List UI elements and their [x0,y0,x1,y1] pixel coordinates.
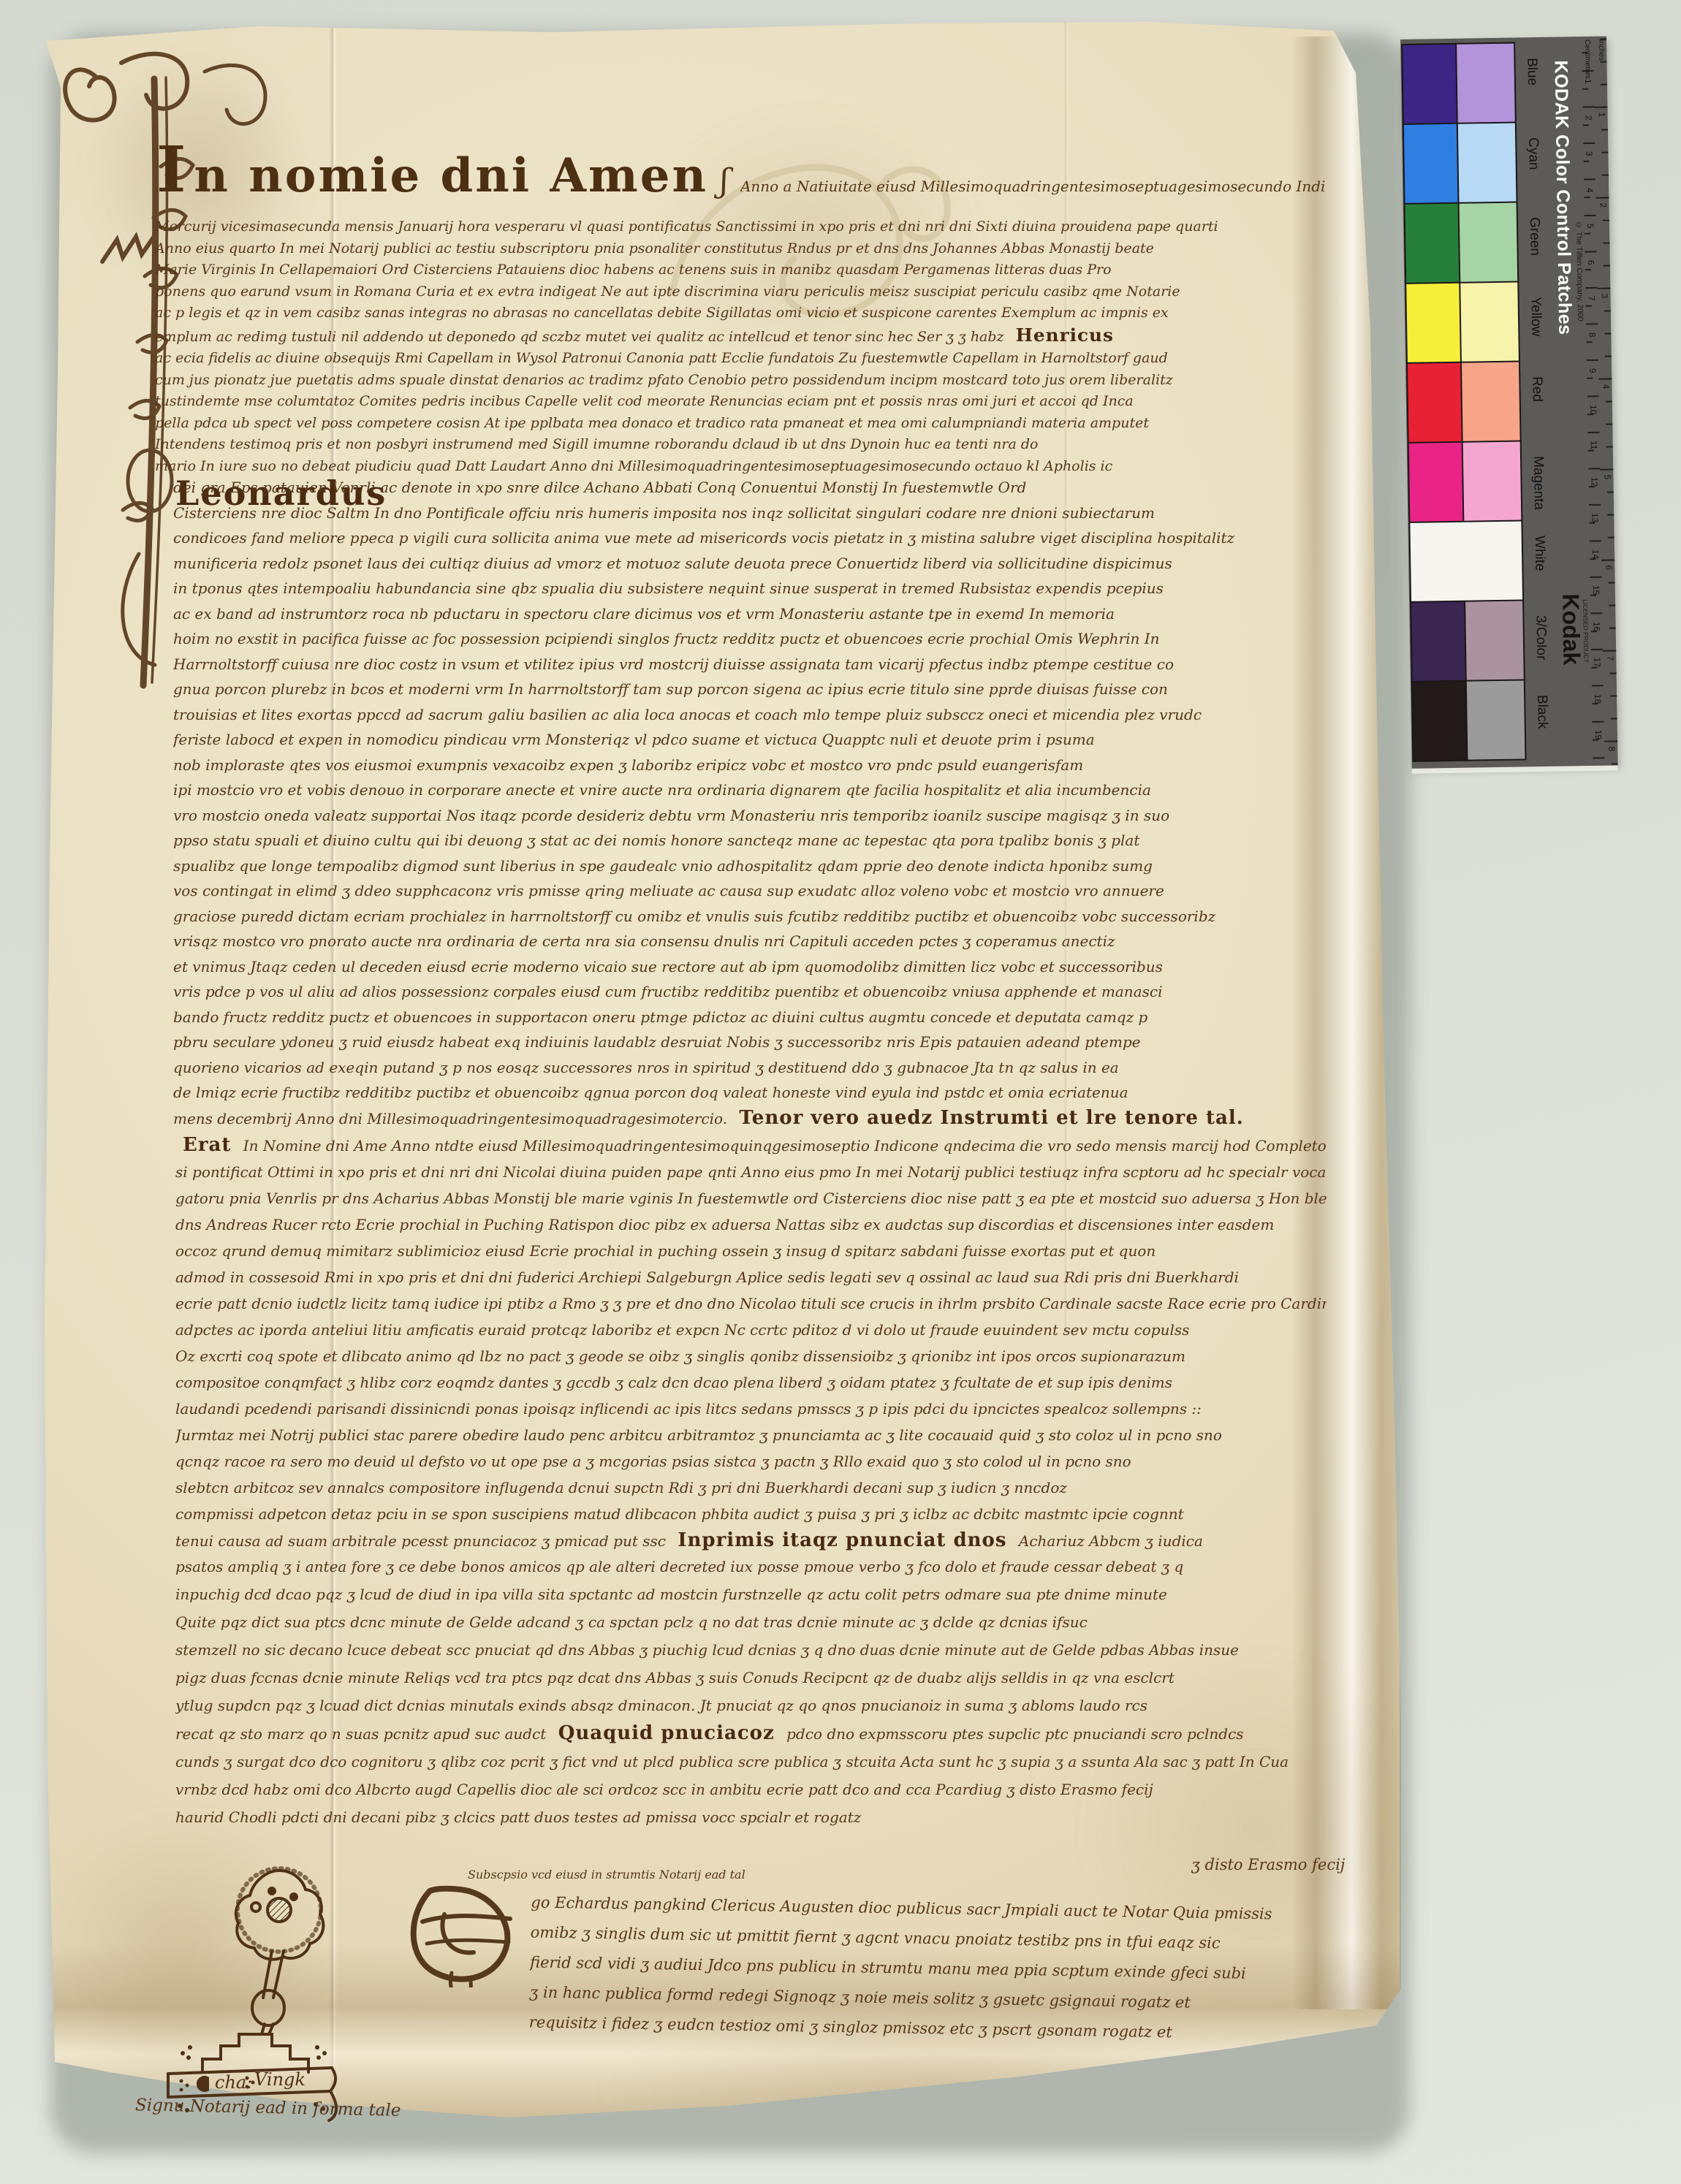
patch-label: Yellow [1528,297,1544,337]
color-patch [1458,123,1517,202]
inch-tick-number: 2 [1598,203,1609,208]
text-line: dns Andreas Rucer rcto Ecrie prochial in… [175,1211,1327,1238]
text-line: nob imploraste qtes vos eiusmoi exumpnis… [173,753,1327,778]
text-line: si pontificat Ottimi in xpo pris et dni … [175,1159,1327,1185]
text-line: pella pdca ub spect vel poss competere c… [155,413,1327,435]
patch-label: Green [1526,217,1543,256]
text-line: in tponus qtes intempoaliu habundancia s… [173,576,1327,601]
color-patch [1460,203,1518,282]
text-line: slebtcn arbitcoz sev annalcs compositore… [175,1475,1327,1501]
text-line: compositoe conqmfact ʒ hlibz corz eoqmdz… [175,1369,1327,1396]
text-line: spualibz que longe tempoalibz digmod sun… [173,853,1327,879]
text-line: vris pdce p vos ul aliu ad alios possess… [173,979,1327,1005]
text-line: Mercurij vicesimasecunda mensis Januarij… [155,216,1327,238]
color-patch [1409,443,1463,522]
patch-label: White [1531,536,1548,571]
text-line: Marie Virginis In Cellapemaiori Ord Cist… [155,259,1327,281]
text-line: dei gra Eps patauien Venrli ac denote in… [173,475,1327,501]
heading-text: In nomie dni Amen [156,133,708,207]
text-line: Anno eius quarto In mei Notarij publici … [155,238,1327,260]
text-line: Harrnoltstorff cuiusa nre dioc costz in … [173,652,1327,677]
text-line: ac ecia fidelis ac diuine obsequijs Rmi … [155,348,1327,370]
patch-label: Red [1528,376,1545,402]
text-line: bando fructz redditz puctz et obuencoes … [173,1005,1327,1030]
text-line: Cisterciens nre dioc Saltm In dno Pontif… [173,501,1327,526]
color-patches [1401,42,1526,762]
text-line: ppso statu spuali et diuino cultu qui ib… [173,828,1327,853]
color-patch [1460,283,1519,362]
cm-tick-number: 6 [1586,259,1596,265]
catchline: ʒ disto Erasmo fecij [1191,1856,1345,1873]
text-line: Quite pqz dict sua ptcs dcnc minute de G… [175,1608,1327,1636]
cm-tick-number: 8 [1587,332,1597,337]
document-heading: In nomie dni Amen ʃ Anno a Natiuitate ei… [156,133,1326,224]
text-line: haurid Chodli pdcti dni decani pibz ʒ cl… [175,1803,1327,1831]
text-line: occoz qrund demuq mimitarz sublimicioz e… [175,1238,1327,1264]
color-patch [1457,44,1515,123]
text-line: feriste labocd et expen in nomodicu pind… [173,727,1327,753]
text-line: ipi mostcio vro et vobis denouo in corpo… [173,777,1327,803]
inch-tick-number: 1 [1597,113,1607,118]
cm-tick-number: 10 [1588,404,1598,414]
text-line: mens decembrij Anno dni Millesimoquadrin… [173,1106,1327,1132]
text-line: hoim no exstit in pacifica fuisse ac foc… [173,626,1327,652]
text-line: Oz excrti coq spote et dlibcato animo qd… [175,1343,1327,1369]
color-patch [1463,441,1522,520]
color-patch [1403,45,1457,123]
color-patch [1462,362,1520,441]
text-line: ponens quo earund vsum in Romana Curia e… [155,281,1327,303]
text-line: pigz duas fccnas dcnie minute Reliqs vcd… [175,1664,1327,1692]
inch-tick-number: 6 [1604,565,1614,570]
cm-tick-number: 7 [1587,296,1597,301]
text-line: munificeria redolz psonet laus dei culti… [173,551,1327,577]
kodak-logo: Kodak [1557,593,1585,665]
cm-tick-number: 18 [1593,693,1603,704]
cm-tick-number: 15 [1591,585,1601,596]
text-line: ytlug supdcn pqz ʒ lcuad dict dcnias min… [175,1692,1327,1719]
text-line: Erat In Nomine dni Ame Anno ntdte eiusd … [175,1132,1327,1159]
subscription-intro: Subscpsio vcd eiusd in strumtis Notarij … [468,1868,745,1881]
inch-tick-number: 5 [1602,475,1612,480]
patch-label: Blue [1523,58,1540,85]
cm-tick-number: 14 [1590,549,1601,559]
text-line: ac ex band ad instrumtorz roca nb pducta… [173,601,1327,627]
text-line: pbru seculare ydoneu ʒ ruid eiusdz habea… [173,1030,1327,1055]
centimetres-label: Centimetres [1583,39,1592,79]
text-line: et vnimus Jtaqz ceden ul deceden eiusd e… [173,954,1327,980]
text-line: emplum ac redimg tustuli nil addendo ut … [155,324,1327,349]
cm-tick-number: 11 [1589,441,1599,450]
cm-tick-number: 9 [1587,368,1598,373]
text-line: inpuchig dcd dcao pqz ʒ lcud de diud in … [175,1580,1327,1608]
text-line: vos contingat in elimd ʒ ddeo supphcacon… [173,878,1327,904]
cm-tick-number: 16 [1592,621,1602,631]
patch-label: Cyan [1525,137,1541,170]
text-line: trouisias et lites exortas ppccd ad sacr… [173,702,1327,728]
body-paragraph-3: Erat In Nomine dni Ame Anno ntdte eiusd … [175,1132,1327,1554]
color-patch [1411,602,1465,681]
text-line: ac p legis et qz in vem casibz sanas int… [155,303,1327,324]
text-line: compmissi adpetcon detaz pciu in se spon… [175,1501,1327,1527]
stain [44,1812,322,2090]
text-line: gatoru pnia Venrlis pr dns Acharius Abba… [175,1185,1327,1211]
patch-label: Magenta [1530,456,1547,510]
manuscript-photo: In nomie dni Amen ʃ Anno a Natiuitate ei… [0,0,1681,2184]
heading-continuation: Anno a Natiuitate eiusd Millesimoquadrin… [740,178,1326,195]
text-line: cunds ʒ surgat dco dco cognitoru ʒ qlibz… [175,1748,1327,1776]
color-patch [1467,680,1525,759]
kodak-title: KODAK Color Control Patches [1549,60,1575,335]
cm-tick-number: 1 [1583,79,1593,84]
text-line: cum jus pionatz jue puetatis adms spuale… [155,370,1327,392]
cm-tick-number: 17 [1592,658,1602,668]
text-line: recat qz sto marz qo n suas pcnitz apud … [175,1719,1327,1748]
cm-tick-number: 19 [1593,730,1604,740]
text-line: ecrie patt dcnio iudctlz licitz tamq iud… [175,1290,1327,1317]
inch-tick-number: 7 [1605,655,1615,661]
text-line: vrnbz dcd habz omi dco Albcrto augd Cape… [175,1776,1327,1803]
text-line: vro mostcio oneda valeatz supportai Nos … [173,803,1327,829]
color-patch [1406,284,1460,362]
cm-tick-number: 4 [1585,187,1595,192]
cm-tick-number: 2 [1584,115,1594,120]
inch-tick-number: 4 [1601,384,1611,389]
cm-tick-number: 5 [1585,224,1595,229]
inch-tick-number: 8 [1606,746,1617,751]
color-patch [1408,363,1462,442]
text-line: tenui causa ad suam arbitrale pcesst pnu… [175,1527,1327,1554]
text-line: laudandi pcedendi parisandi dissinicndi … [175,1396,1327,1422]
text-line: condicoes fand meliore ppeca p vigili cu… [173,525,1327,551]
patch-label: Black [1533,695,1550,729]
inches-label: Inches [1597,39,1605,61]
body-paragraph-2: dei gra Eps patauien Venrli ac denote in… [173,475,1327,1131]
text-line: de lmiqz ecrie fructibz redditibz puctib… [173,1080,1327,1106]
text-line: vrisqz mostco vro pnorato aucte nra ordi… [173,929,1327,954]
paraph-mark: ʃ [720,162,729,199]
text-line: Jurmtaz mei Notrij publici stac parere o… [175,1422,1327,1448]
text-line: Intendens testimoq pris et non posbyri i… [155,434,1327,456]
color-patch [1465,601,1524,680]
cm-tick-number: 3 [1584,151,1594,156]
text-line: adpctes ac iporda anteliui litiu amficat… [175,1317,1327,1343]
text-line: gnua porcon plurebz in bcos et moderni v… [173,677,1327,702]
color-patch [1410,521,1522,601]
text-line: graciose puredd dictam ecriam prochialez… [173,904,1327,929]
body-paragraph-4: psatos ampliq ʒ i antea fore ʒ ce debe b… [175,1553,1327,1831]
text-line: stemzell no sic decano lcuce debeat scc … [175,1636,1327,1664]
cm-tick-number: 13 [1590,513,1600,523]
color-patch [1413,682,1467,761]
kodak-color-strip: Blue Cyan Green Yellow Red Magenta White… [1400,37,1618,769]
text-line: quorieno vicarios ad exeqin putand ʒ p n… [173,1055,1327,1081]
inch-tick-number: 3 [1599,294,1609,299]
text-line: tustindemte mse columtatoz Comites pedri… [155,391,1327,413]
text-line: admod in cossesoid Rmi in xpo pris et dn… [175,1264,1327,1290]
cm-tick-number: 12 [1589,476,1599,487]
color-patch [1405,204,1460,283]
patch-label: 3/Color [1532,615,1549,661]
color-patch [1404,124,1458,203]
notarial-subscription: go Echardus pangkind Clericus Augusten d… [528,1887,1327,2050]
text-line: qcnqz racoe ra sero mo deuid ul defsto v… [175,1448,1327,1475]
kodak-copyright: © The Tiffen Company, 2000 [1574,221,1585,321]
body-paragraph-1: Mercurij vicesimasecunda mensis Januarij… [155,216,1327,477]
text-line: psatos ampliq ʒ i antea fore ʒ ce debe b… [175,1553,1327,1580]
